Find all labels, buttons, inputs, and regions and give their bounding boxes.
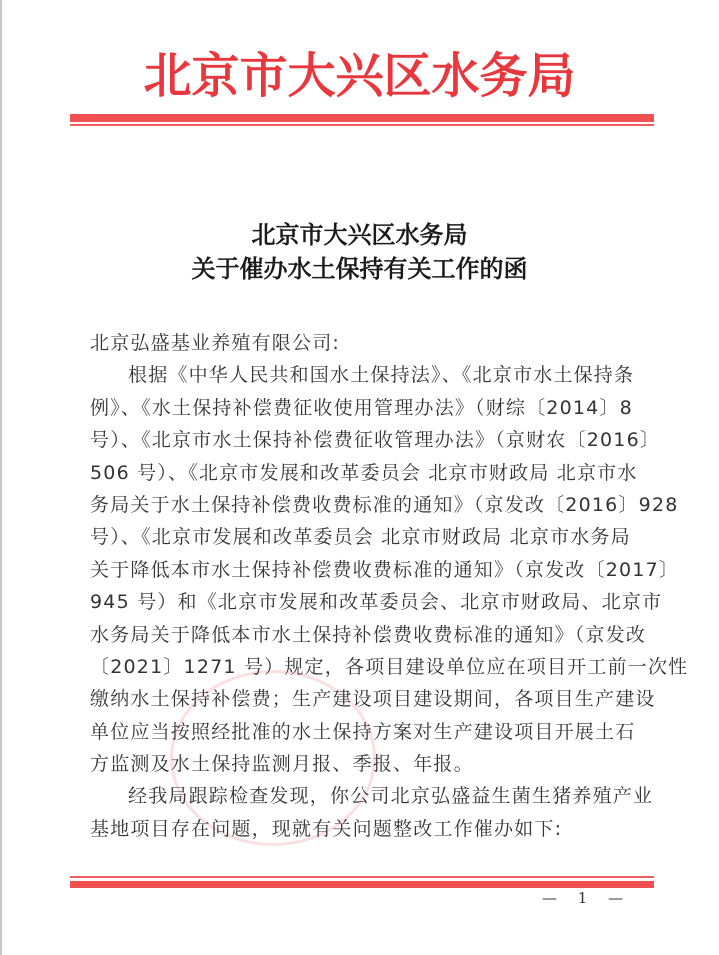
paragraph-line: 根据《中华人民共和国水土保持法》、《北京市水土保持条 [90,359,635,391]
paragraph-line: 水务局关于降低本市水土保持补偿费收费标准的通知》（京发改 [90,619,635,651]
paragraph-line: 单位应当按照经批准的水土保持方案对生产建设项目开展土石 [90,716,635,748]
paragraph-line: 方监测及水土保持监测月报、季报、年报。 [90,748,635,780]
masthead-org-name: 北京市大兴区水务局 [0,44,719,108]
paragraph-line: 〔2021〕1271 号）规定，各项目建设单位应在项目开工前一次性 [90,651,635,683]
paragraph-line: 务局关于水土保持补偿费收费标准的通知》（京发改〔2016〕928 [90,489,635,521]
page-edge [0,0,2,955]
paragraph-line: 号）、《北京市水土保持补偿费征收管理办法》（京财农〔2016〕 [90,424,635,456]
paragraph-line: 506 号）、《北京市发展和改革委员会 北京市财政局 北京市水 [90,457,635,489]
paragraph-inspection-findings: 经我局跟踪检查发现，你公司北京弘盛益生菌生猪养殖产业 基地项目存在问题，现就有关… [90,780,635,845]
footer-rule-thin [70,876,654,878]
paragraph-line: 基地项目存在问题，现就有关问题整改工作催办如下: [90,813,635,845]
paragraph-line: 例》、《水土保持补偿费征收使用管理办法》（财综〔2014〕8 [90,392,635,424]
page-number: — 1 — [542,889,631,907]
masthead-rule-thick [70,114,654,122]
paragraph-line: 945 号）和《北京市发展和改革委员会、北京市财政局、北京市 [90,586,635,618]
addressee: 北京弘盛基业养殖有限公司: [90,327,635,359]
document-title-line2: 关于催办水土保持有关工作的函 [0,252,719,286]
paragraph-line: 号）、《北京市发展和改革委员会 北京市财政局 北京市水务局 [90,521,635,553]
paragraph-line: 关于降低本市水土保持补偿费收费标准的通知》（京发改〔2017〕 [90,554,635,586]
paragraph-line: 经我局跟踪检查发现，你公司北京弘盛益生菌生猪养殖产业 [90,780,635,812]
masthead-rule-thin [70,124,654,126]
paragraph-legal-basis: 根据《中华人民共和国水土保持法》、《北京市水土保持条 例》、《水土保持补偿费征收… [90,359,635,780]
document-title-line1: 北京市大兴区水务局 [0,218,719,252]
paragraph-line: 缴纳水土保持补偿费；生产建设项目建设期间，各项目生产建设 [90,683,635,715]
footer-rule-thick [70,881,654,888]
document-body: 北京弘盛基业养殖有限公司: 根据《中华人民共和国水土保持法》、《北京市水土保持条… [90,327,635,845]
